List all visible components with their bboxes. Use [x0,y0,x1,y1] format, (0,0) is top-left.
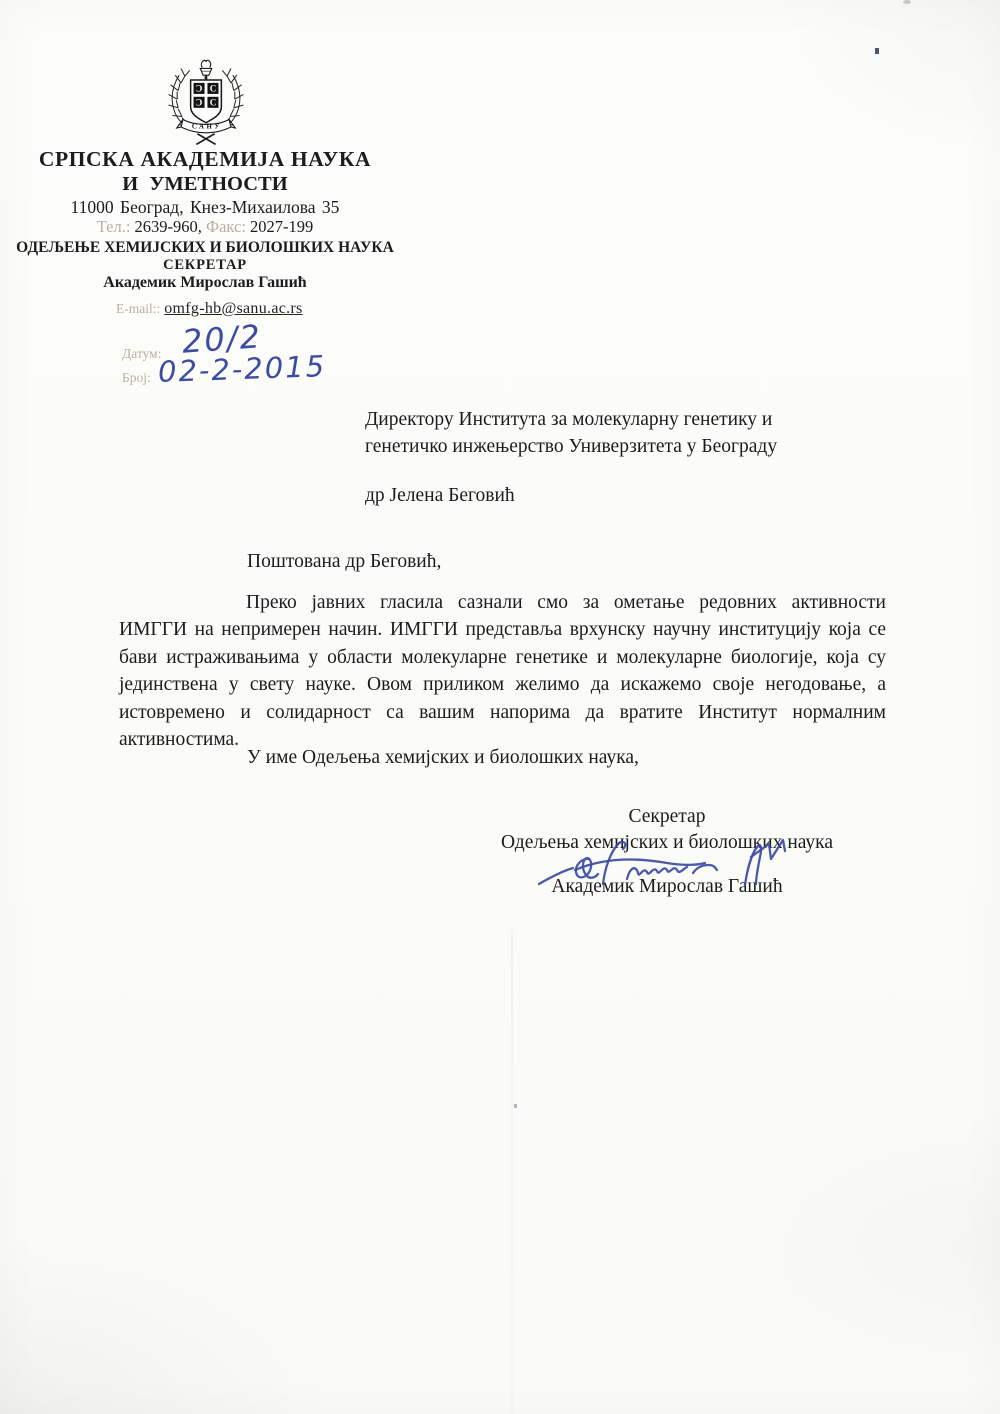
salutation: Поштована др Беговић, [247,551,441,573]
letter-page: Ɔ С Ɔ С САНУ СРПСКА АКАДЕМИЈА НАУКА И УМ… [0,0,1000,1414]
laurel-wreath-right-icon [222,68,243,128]
signature-handwriting [534,837,788,897]
letter-body-paragraph: Преко јавних гласила сазнали смо за омет… [119,589,886,753]
number-label: Број: [122,370,151,386]
emblem-banner-text: САНУ [192,123,222,130]
org-name-line2: И УМЕТНОСТИ [16,172,394,196]
email-address: omfg-hb@sanu.ac.rs [164,300,302,317]
sanu-emblem-logo: Ɔ С Ɔ С САНУ [158,58,254,150]
org-person: Академик Мирослав Гашић [16,274,394,292]
recipient-line2: генетичко инжењерство Универзитета у Бео… [365,433,905,460]
date-label: Датум: [122,346,161,362]
recipient-line1: Директору Института за молекуларну генет… [365,406,905,433]
email-row: E-mail:: omfg-hb@sanu.ac.rs [116,300,303,318]
phone-label: Тел.: [97,217,131,236]
firesteel-symbol: Ɔ [196,84,203,94]
ink-speck [875,48,879,54]
number-handwritten: 02-2-2015 [157,349,326,389]
fax-label: Факс: [206,217,246,236]
laurel-wreath-left-icon [169,68,190,128]
recipient-name: др Јелена Беговић [365,485,515,507]
fax-value: 2027-199 [250,217,313,236]
firesteel-symbol: Ɔ [196,98,203,108]
crossed-ribbon-icon [196,134,215,145]
scan-speck [514,1104,517,1108]
paper-fold-crease [511,930,513,1414]
torch-icon [200,60,212,80]
firesteel-symbol: С [210,98,217,108]
org-department: ОДЕЉЕЊЕ ХЕМИЈСКИХ И БИОЛОШКИХ НАУКА [16,238,394,257]
org-address: 11000 Београд, Кнез-Михаилова 35 [16,197,394,218]
signature-title: Секретар [478,803,856,830]
email-label: E-mail:: [116,301,160,316]
closing-line: У име Одељења хемијских и биолошких наук… [247,747,639,769]
recipient-block: Директору Института за молекуларну генет… [365,406,905,460]
shield-icon: Ɔ С Ɔ С [191,80,222,123]
org-role: СЕКРЕТАР [16,257,394,274]
org-phone-fax-line: Тел.: 2639-960, Факс: 2027-199 [16,218,394,236]
firesteel-symbol: С [210,84,217,94]
org-name-line1: СРПСКА АКАДЕМИЈА НАУКА [16,146,394,172]
scan-speck [903,0,911,4]
phone-value: 2639-960, [135,217,202,236]
letterhead: СРПСКА АКАДЕМИЈА НАУКА И УМЕТНОСТИ 11000… [16,146,394,292]
